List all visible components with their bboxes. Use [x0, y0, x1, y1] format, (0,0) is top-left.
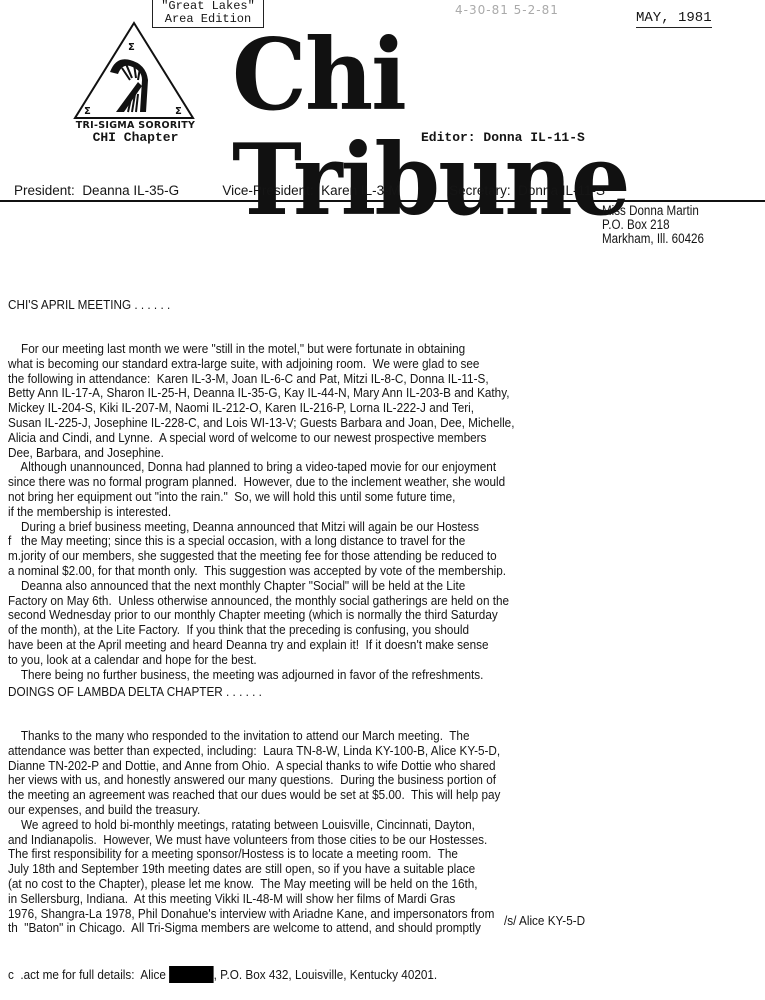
body-line: m.jority of our members, she suggested t…	[8, 549, 684, 564]
mailing-address: Miss Donna Martin P.O. Box 218 Markham, …	[602, 204, 704, 246]
body-line: Although unannounced, Donna had planned …	[8, 460, 684, 475]
body-line: (at no cost to the Chapter), please let …	[8, 877, 684, 892]
svg-text:Σ: Σ	[84, 106, 91, 117]
body-line: We agreed to hold bi-monthly meetings, r…	[8, 818, 684, 833]
body-line: Dee, Barbara, and Josephine.	[8, 446, 684, 461]
body-line: Betty Ann IL-17-A, Sharon IL-25-H, Deann…	[8, 386, 684, 401]
body-line: attendance was better than expected, inc…	[8, 744, 684, 759]
secretary-name: Donna IL-11-S	[518, 183, 605, 198]
body-line: f the May meeting; since this is a speci…	[8, 534, 684, 549]
body-line: Factory on May 6th. Unless otherwise ann…	[8, 594, 684, 609]
body-line: since there was no formal program planne…	[8, 475, 684, 490]
signature: /s/ Alice KY-5-D	[504, 913, 585, 928]
body-line: July 18th and September 19th meeting dat…	[8, 862, 684, 877]
body-line: Deanna also announced that the next mont…	[8, 579, 684, 594]
body-line: Susan IL-225-J, Josephine IL-228-C, and …	[8, 416, 684, 431]
body-line: Dianne TN-202-P and Dottie, and Anne fro…	[8, 759, 684, 774]
vice-president-name: Karen IL-3-M	[321, 183, 449, 198]
body-line: Thanks to the many who responded to the …	[8, 729, 684, 744]
vice-president-label: Vice-President:	[222, 183, 313, 198]
president-name: Deanna IL-35-G	[82, 183, 222, 198]
handwritten-stamp: 4-30-81 5-2-81	[455, 3, 559, 17]
body-line: The first responsibility for a meeting s…	[8, 847, 684, 862]
address-line-3: Markham, Ill. 60426	[602, 232, 704, 246]
body-line: have been at the April meeting and heard…	[8, 638, 684, 653]
section-lambda-delta-chapter: DOINGS OF LAMBDA DELTA CHAPTER . . . . .…	[8, 655, 684, 998]
secretary-label: Secretary:	[449, 183, 511, 198]
body-line: For our meeting last month we were "stil…	[8, 342, 684, 357]
address-line-1: Miss Donna Martin	[602, 204, 704, 218]
body-line: Mickey IL-204-S, Kiki IL-207-M, Naomi IL…	[8, 401, 684, 416]
body-line: the meeting an agreement was reached tha…	[8, 788, 684, 803]
body-line: if the membership is interested.	[8, 505, 684, 520]
body-line: of the month), at the Lite Factory. If y…	[8, 623, 684, 638]
contact-line-start: c .act me for full details: Alice	[8, 967, 169, 982]
body-line: second Wednesday prior to our monthly Ch…	[8, 608, 684, 623]
section-chi-april-meeting: CHI'S APRIL MEETING . . . . . . For our …	[8, 268, 684, 697]
header-rule	[0, 200, 765, 202]
logo-caption-chapter: CHI Chapter	[73, 130, 198, 145]
address-line-2: P.O. Box 218	[602, 218, 704, 232]
body-line: in Sellersburg, Indiana. At this meeting…	[8, 892, 684, 907]
body-line: and Indianapolis. However, We must have …	[8, 833, 684, 848]
section-heading: CHI'S APRIL MEETING . . . . . .	[8, 298, 684, 313]
body-line: her views with us, and honestly answered…	[8, 773, 684, 788]
tri-sigma-logo-icon: Σ Σ Σ	[72, 20, 196, 120]
editor-line: Editor: Donna IL-11-S	[421, 130, 585, 145]
redaction-box	[169, 966, 214, 983]
body-line: our expenses, and build the treasury.	[8, 803, 684, 818]
section-body: For our meeting last month we were "stil…	[8, 342, 684, 682]
body-line: not bring her equipment out "into the ra…	[8, 490, 684, 505]
body-line: what is becoming our standard extra-larg…	[8, 357, 684, 372]
officers-bar: President: Deanna IL-35-GVice-President:…	[14, 183, 764, 198]
svg-text:Σ: Σ	[128, 42, 135, 53]
body-line: During a brief business meeting, Deanna …	[8, 520, 684, 535]
body-line: the following in attendance: Karen IL-3-…	[8, 372, 684, 387]
contact-line: c .act me for full details: Alice , P.O.…	[8, 966, 684, 983]
section-body: Thanks to the many who responded to the …	[8, 729, 684, 936]
body-line: a nominal $2.00, for that month only. Th…	[8, 564, 684, 579]
body-line: Alicia and Cindi, and Lynne. A special w…	[8, 431, 684, 446]
contact-line-end: , P.O. Box 432, Louisville, Kentucky 402…	[214, 967, 438, 982]
svg-text:Σ: Σ	[175, 106, 182, 117]
president-label: President:	[14, 183, 75, 198]
section-heading: DOINGS OF LAMBDA DELTA CHAPTER . . . . .…	[8, 685, 684, 700]
